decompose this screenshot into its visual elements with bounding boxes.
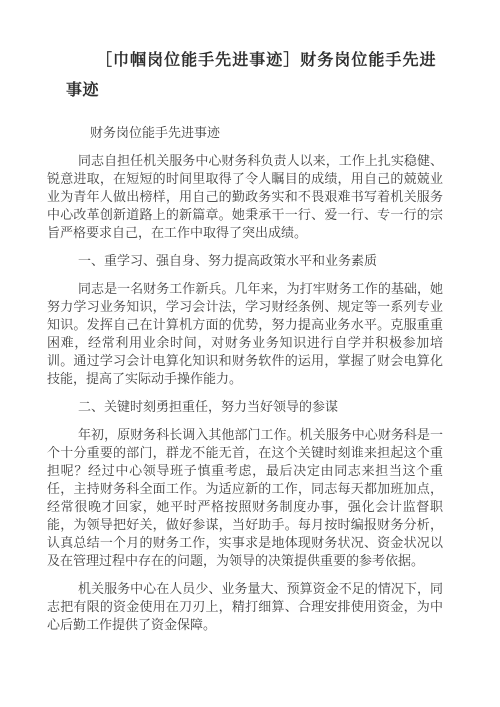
document-title: ［巾帼岗位能手先进事迹］财务岗位能手先进事迹 [66,46,436,106]
document-body: 财务岗位能手先进事迹 同志自担任机关服务中心财务科负责人以来，工作上扎实稳健、锐… [47,124,443,634]
section-heading: 二、关键时刻勇担重任，努力当好领导的参谋 [47,398,443,416]
document-page: ［巾帼岗位能手先进事迹］财务岗位能手先进事迹 财务岗位能手先进事迹 同志自担任机… [0,0,500,707]
body-paragraph: 机关服务中心在人员少、业务量大、预算资金不足的情况下，同志把有限的资金使用在刀刃… [47,580,443,634]
body-paragraph: 同志是一名财务工作新兵。几年来，为打牢财务工作的基础，她努力学习业务知识，学习会… [47,280,443,388]
section-heading: 一、重学习、强自身、努力提高政策水平和业务素质 [47,252,443,270]
paragraph-container: 同志自担任机关服务中心财务科负责人以来，工作上扎实稳健、锐意进取，在短短的时间里… [47,152,443,634]
document-subtitle: 财务岗位能手先进事迹 [47,124,443,142]
body-paragraph: 同志自担任机关服务中心财务科负责人以来，工作上扎实稳健、锐意进取，在短短的时间里… [47,152,443,242]
body-paragraph: 年初，原财务科长调入其他部门工作。机关服务中心财务科是一个十分重要的部门，群龙不… [47,426,443,570]
